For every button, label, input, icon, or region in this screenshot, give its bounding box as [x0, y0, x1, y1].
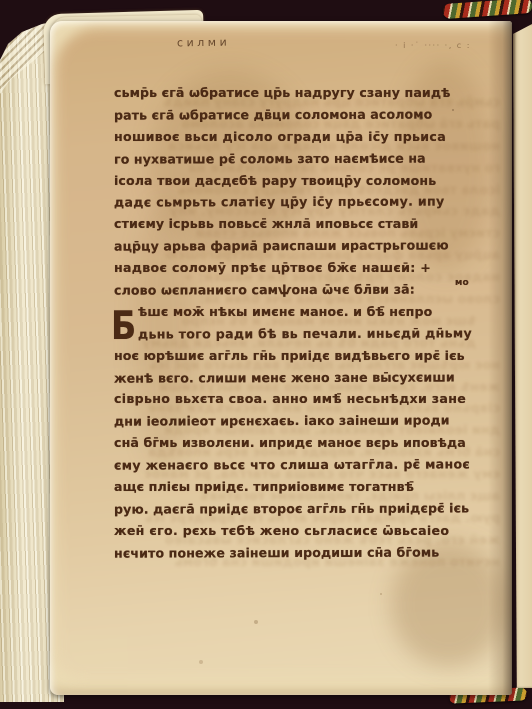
manuscript-line: нєчито понеже заінеши иродиши сн̄а бг̄ом… [114, 541, 506, 564]
manuscript-line: сіврьно вьхєта своа. анно имѣ̄ несьнѣдхи… [114, 388, 506, 410]
running-header: силми [177, 36, 230, 50]
foxing-spots [50, 21, 52, 23]
manuscript-line: ацр̄цу арьва фариа̄ раиспаши ирастрьгошє… [114, 235, 506, 258]
manuscript-line: слово ѡєпланиєго самѱона ѡ̄чє бл̄ви за̄: [114, 278, 506, 301]
manuscript-line: ащє плієы приідє. типриіовимє тогатнвѣ̄ [114, 476, 506, 498]
manuscript-line: ісола твои дасдєбѣ рару твоицр̄у соломон… [114, 170, 506, 192]
manuscript-line: ноє юрѣшиє агг̄ль гн̄ь приідє видѣвьєго … [114, 345, 506, 367]
open-book-photo: силми · і ·˙ ···· ·‚ с : сьмр̄ь єга̄ ѡбр… [0, 0, 532, 709]
text-lines: сьмр̄ь єга̄ ѡбратисе цр̄ь надругу сзану … [114, 82, 506, 564]
manuscript-line: рую. даєга̄ приідє второє агг̄ль гн̄ь пр… [114, 497, 506, 520]
braided-endband-top [443, 0, 532, 19]
manuscript-line: сьмр̄ь єга̄ ѡбратисе цр̄ь надругу сзану … [114, 82, 506, 104]
manuscript-line: сна̄ бг̄мь изволєни. ипридє маноє вєрь и… [114, 432, 506, 454]
manuscript-line: го нухватише рє̄ соломь зато наємѣисе на [114, 147, 506, 170]
manuscript-line: рать єга̄ ѡбратисе дв̄ци соломона асолом… [114, 103, 506, 126]
manuscript-line: жен̄ єго. рєхь тєбѣ жено сьгласисє ѡ̄вьс… [114, 520, 506, 542]
manuscript-line: надвоє соломӯ прѣє цр̄твоє бж̄є нашєӣ: + [114, 257, 506, 279]
manuscript-line: дни іеолиіеот ирєнєхаєь. іако заінеши ир… [114, 410, 506, 433]
manuscript-line: єму женаєго вьсє что слиша ѡтагг̄ла. рє̄… [114, 453, 506, 476]
manuscript-line: женѣ вєго. слиши менє жено зане вы̄сухєи… [114, 366, 506, 389]
manuscript-line: стиєму ісрьвь повьсє̄ жнла̄ иповьсє став… [114, 213, 506, 235]
manuscript-line: дьнь того ради бѣ вь печали. иньєдӣ дн̄ь… [114, 322, 506, 345]
manuscript-text: Б мо сьмр̄ь єга̄ ѡбратисе цр̄ь надругу с… [114, 82, 506, 564]
manuscript-line: ношивоє вьси дісоло огради цр̄а іс̄у прь… [114, 126, 506, 148]
manuscript-line: дадє сьмрьть слатієу цр̄у іс̄у прьєсому.… [114, 191, 506, 214]
manuscript-line: ѣшє мож̄ нѣкы имєнє маноє. и бѣ̄ нєпро [114, 301, 506, 323]
corner-annotation: · і ·˙ ···· ·‚ с : [395, 41, 471, 50]
manuscript-page: силми · і ·˙ ···· ·‚ с : сьмр̄ь єга̄ ѡбр… [50, 21, 512, 695]
facing-page-edge [513, 24, 532, 688]
gutter-shadow [488, 21, 512, 695]
